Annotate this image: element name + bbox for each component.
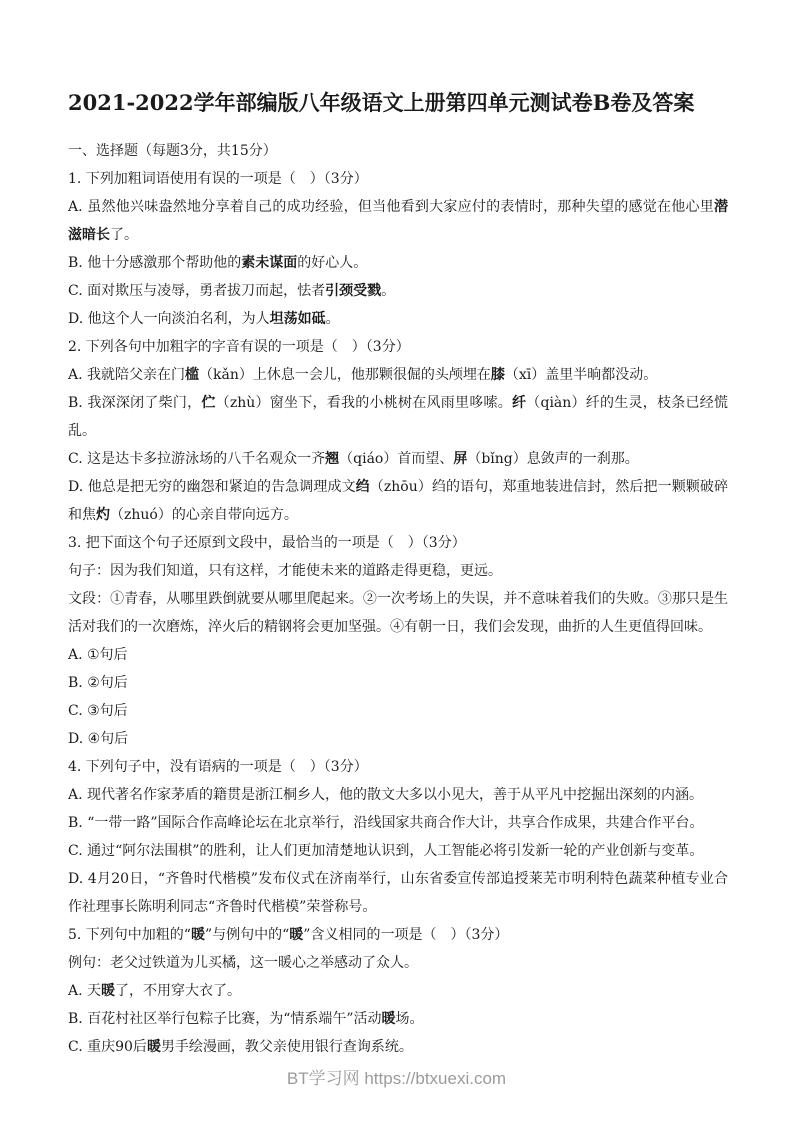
paragraph-q3-sentence: 句子：因为我们知道，只有这样，才能使未来的道路走得更稳，更远。 xyxy=(68,557,728,585)
text-run: D. ④句后 xyxy=(68,731,128,747)
document-page: 2021-2022学年部编版八年级语文上册第四单元测试卷B卷及答案 一、选择题（… xyxy=(0,0,793,1122)
bold-term: 暖 xyxy=(147,1039,161,1055)
paragraph-q1-stem: 1. 下列加粗词语使用有误的一项是（ ）（3分） xyxy=(68,165,728,193)
text-run: A. 我就陪父亲在门 xyxy=(68,367,185,383)
paragraph-q3-option-c: C. ③句后 xyxy=(68,697,728,725)
text-run: （xī）盖里半晌都没动。 xyxy=(505,367,657,383)
bold-term: 纤 xyxy=(512,395,526,411)
bold-term: 暖 xyxy=(382,1011,396,1027)
text-run: 3. 把下面这个句子还原到文段中，最恰当的一项是（ ）（3分） xyxy=(68,535,466,551)
paragraph-section-1: 一、选择题（每题3分，共15分） xyxy=(68,137,728,165)
bold-term: 翘 xyxy=(325,451,339,467)
bold-term: 膝 xyxy=(491,367,505,383)
document-content: 2021-2022学年部编版八年级语文上册第四单元测试卷B卷及答案 一、选择题（… xyxy=(68,88,728,1061)
bold-term: 绉 xyxy=(356,479,370,495)
bold-term: 素未谋面 xyxy=(241,255,297,271)
paragraph-q3-option-d: D. ④句后 xyxy=(68,725,728,753)
text-run: ”与例句中的“ xyxy=(205,927,289,943)
bold-term: 槛 xyxy=(185,367,199,383)
text-run: C. 通过“阿尔法围棋”的胜利，让人们更加清楚地认识到，人工智能必将引发新一轮的… xyxy=(68,843,703,859)
text-run: B. 我深深闭了柴门， xyxy=(68,395,201,411)
text-run: 5. 下列句中加粗的“ xyxy=(68,927,191,943)
paragraph-q4-option-d: D. 4月20日，“齐鲁时代楷模”发布仪式在济南举行，山东省委宣传部追授莱芜市明… xyxy=(68,865,728,921)
text-run: A. 虽然他兴味盎然地分享着自己的成功经验，但当他看到大家应付的表情时，那种失望… xyxy=(68,199,714,215)
paragraph-q3-option-b: B. ②句后 xyxy=(68,669,728,697)
text-run: 一、选择题（每题3分，共15分） xyxy=(68,143,277,159)
text-run: 。 xyxy=(326,311,340,327)
text-run: 4. 下列句子中，没有语病的一项是（ ）（3分） xyxy=(68,759,368,775)
text-run: C. 重庆90后 xyxy=(68,1039,147,1055)
bold-term: 暖 xyxy=(101,983,115,999)
text-run: C. 面对欺压与凌辱，勇者拔刀而起，怯者 xyxy=(68,283,325,299)
text-run: 了，不用穿大衣了。 xyxy=(115,983,241,999)
paragraph-q5-example: 例句：老父过铁道为儿买橘，这一暖心之举感动了众人。 xyxy=(68,949,728,977)
text-run: 1. 下列加粗词语使用有误的一项是（ ）（3分） xyxy=(68,171,368,187)
text-run: B. 他十分感激那个帮助他的 xyxy=(68,255,241,271)
text-run: A. 天 xyxy=(68,983,101,999)
text-run: B. “一带一路”国际合作高峰论坛在北京举行，沿线国家共商合作大计，共享合作成果… xyxy=(68,815,704,831)
text-run: 场。 xyxy=(396,1011,424,1027)
paragraph-q3-option-a: A. ①句后 xyxy=(68,641,728,669)
paragraph-q2-option-b: B. 我深深闭了柴门，伫（zhù）窗坐下，看我的小桃树在风雨里哆嗦。纤（qiàn… xyxy=(68,389,728,445)
text-run: A. 现代著名作家茅盾的籍贯是浙江桐乡人，他的散文大多以小见大，善于从平凡中挖掘… xyxy=(68,787,703,803)
paragraph-q3-passage: 文段：①青春，从哪里跌倒就要从哪里爬起来。②一次考场上的失误，并不意味着我们的失… xyxy=(68,585,728,641)
text-run: C. 这是达卡多拉游泳场的八千名观众一齐 xyxy=(68,451,325,467)
text-run: （qiáo）首而望、 xyxy=(339,451,453,467)
bold-term: 坦荡如砥 xyxy=(270,311,326,327)
paragraph-q5-stem: 5. 下列句中加粗的“暖”与例句中的“暖”含义相同的一项是（ ）（3分） xyxy=(68,921,728,949)
paragraph-q1-option-d: D. 他这个人一向淡泊名利，为人坦荡如砥。 xyxy=(68,305,728,333)
text-run: （kǎn）上休息一会儿，他那颗很倔的头颅埋在 xyxy=(199,367,491,383)
paragraph-q4-option-a: A. 现代著名作家茅盾的籍贯是浙江桐乡人，他的散文大多以小见大，善于从平凡中挖掘… xyxy=(68,781,728,809)
text-run: A. ①句后 xyxy=(68,647,128,663)
paragraph-q4-option-c: C. 通过“阿尔法围棋”的胜利，让人们更加清楚地认识到，人工智能必将引发新一轮的… xyxy=(68,837,728,865)
paragraph-q1-option-c: C. 面对欺压与凌辱，勇者拔刀而起，怯者引颈受戮。 xyxy=(68,277,728,305)
text-run: 例句：老父过铁道为儿买橘，这一暖心之举感动了众人。 xyxy=(68,955,418,971)
paragraph-q5-option-a: A. 天暖了，不用穿大衣了。 xyxy=(68,977,728,1005)
text-run: 男手绘漫画，教父亲使用银行查询系统。 xyxy=(161,1039,413,1055)
paragraph-q1-option-b: B. 他十分感激那个帮助他的素未谋面的好心人。 xyxy=(68,249,728,277)
text-run: 了。 xyxy=(110,227,138,243)
paragraph-q5-option-c: C. 重庆90后暖男手绘漫画，教父亲使用银行查询系统。 xyxy=(68,1033,728,1061)
watermark-text: BT学习网 https://btxuexi.com xyxy=(287,1069,506,1088)
bold-term: 引颈受戮 xyxy=(325,283,381,299)
paragraph-q4-stem: 4. 下列句子中，没有语病的一项是（ ）（3分） xyxy=(68,753,728,781)
bold-term: 暖 xyxy=(191,927,205,943)
paragraph-q4-option-b: B. “一带一路”国际合作高峰论坛在北京举行，沿线国家共商合作大计，共享合作成果… xyxy=(68,809,728,837)
paragraph-q2-option-d: D. 他总是把无穷的幽怨和紧迫的告急调理成文绉（zhōu）绉的语句，郑重地装进信… xyxy=(68,473,728,529)
paragraph-q1-option-a: A. 虽然他兴味盎然地分享着自己的成功经验，但当他看到大家应付的表情时，那种失望… xyxy=(68,193,728,249)
text-run: D. 他总是把无穷的幽怨和紧迫的告急调理成文 xyxy=(68,479,356,495)
paragraph-q2-stem: 2. 下列各句中加粗字的字音有误的一项是（ ）（3分） xyxy=(68,333,728,361)
paragraph-q2-option-a: A. 我就陪父亲在门槛（kǎn）上休息一会儿，他那颗很倔的头颅埋在膝（xī）盖里… xyxy=(68,361,728,389)
text-run: （zhuó）的心亲自带向远方。 xyxy=(110,507,298,523)
paragraph-q5-option-b: B. 百花村社区举行包粽子比赛，为“情系端午”活动暖场。 xyxy=(68,1005,728,1033)
watermark-footer: BT学习网 https://btxuexi.com xyxy=(0,1069,793,1089)
text-run: 句子：因为我们知道，只有这样，才能使未来的道路走得更稳，更远。 xyxy=(68,563,502,579)
text-run: C. ③句后 xyxy=(68,703,128,719)
bold-term: 灼 xyxy=(96,507,110,523)
text-run: 。 xyxy=(381,283,395,299)
text-run: D. 他这个人一向淡泊名利，为人 xyxy=(68,311,270,327)
paragraph-q2-option-c: C. 这是达卡多拉游泳场的八千名观众一齐翘（qiáo）首而望、屏（bǐng）息敛… xyxy=(68,445,728,473)
text-run: （bǐng）息敛声的一刹那。 xyxy=(467,451,638,467)
text-run: （zhù）窗坐下，看我的小桃树在风雨里哆嗦。 xyxy=(216,395,512,411)
paragraph-q3-stem: 3. 把下面这个句子还原到文段中，最恰当的一项是（ ）（3分） xyxy=(68,529,728,557)
text-run: 2. 下列各句中加粗字的字音有误的一项是（ ）（3分） xyxy=(68,339,410,355)
document-paragraphs: 一、选择题（每题3分，共15分）1. 下列加粗词语使用有误的一项是（ ）（3分）… xyxy=(68,137,728,1061)
text-run: B. 百花村社区举行包粽子比赛，为“情系端午”活动 xyxy=(68,1011,382,1027)
text-run: D. 4月20日，“齐鲁时代楷模”发布仪式在济南举行，山东省委宣传部追授莱芜市明… xyxy=(68,871,728,915)
bold-term: 暖 xyxy=(289,927,303,943)
text-run: 的好心人。 xyxy=(297,255,367,271)
page-title: 2021-2022学年部编版八年级语文上册第四单元测试卷B卷及答案 xyxy=(68,88,728,118)
bold-term: 伫 xyxy=(201,395,215,411)
bold-term: 屏 xyxy=(453,451,467,467)
text-run: ”含义相同的一项是（ ）（3分） xyxy=(303,927,508,943)
text-run: 文段：①青春，从哪里跌倒就要从哪里爬起来。②一次考场上的失误，并不意味着我们的失… xyxy=(68,591,728,635)
text-run: B. ②句后 xyxy=(68,675,128,691)
